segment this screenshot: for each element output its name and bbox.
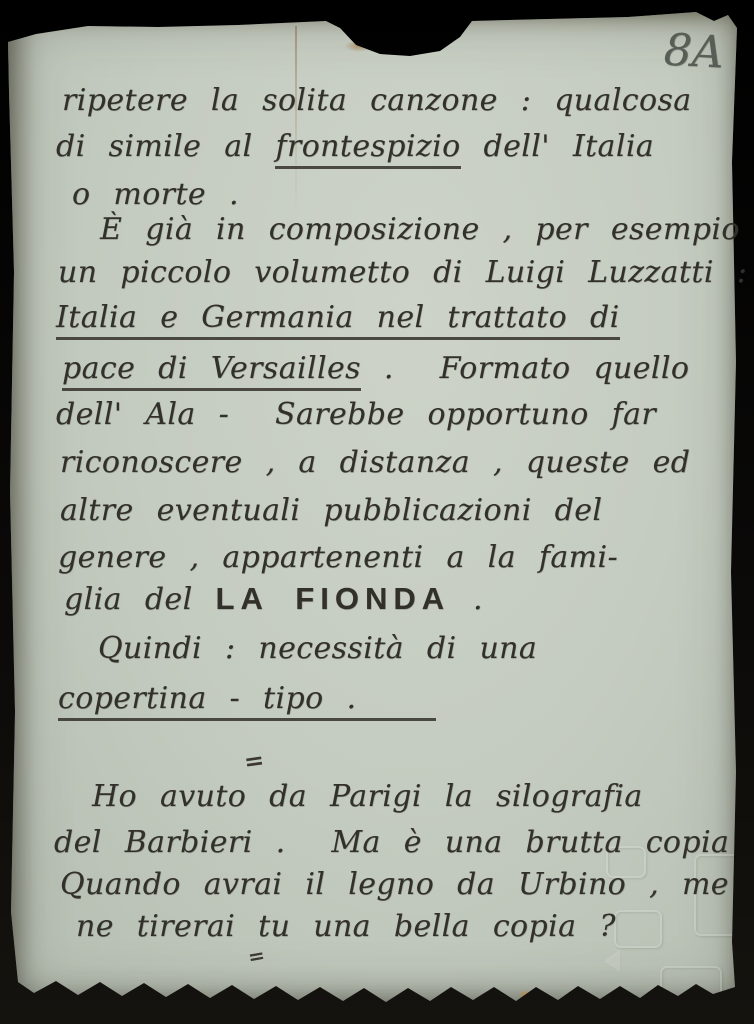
manuscript-line: Quindi : necessità di una bbox=[98, 630, 537, 668]
underlined-phrase: copertina - tipo . bbox=[58, 681, 436, 721]
rust-stain bbox=[344, 40, 374, 52]
handwritten-text: altre eventuali pubblicazioni del bbox=[60, 493, 602, 528]
handwritten-text: di simile al bbox=[56, 129, 275, 164]
la-fionda-block-caps: LA FIONDA bbox=[216, 581, 451, 616]
handwritten-text: un piccolo volumetto di Luigi Luzzatti : bbox=[58, 255, 747, 290]
manuscript-line: Italia e Germania nel trattato di bbox=[56, 299, 620, 337]
rust-stain bbox=[518, 990, 534, 999]
handwritten-text: . bbox=[450, 582, 483, 617]
handwritten-text: È già in composizione , per esempio , bbox=[100, 212, 754, 247]
handwritten-text: ripetere la solita canzone : qualcosa bbox=[62, 83, 692, 118]
manuscript-line: ripetere la solita canzone : qualcosa bbox=[62, 82, 692, 120]
manuscript-line: altre eventuali pubblicazioni del bbox=[60, 492, 602, 530]
manuscript-line: pace di Versailles . Formato quello bbox=[62, 350, 689, 388]
insertion-mark: = bbox=[242, 745, 267, 777]
manuscript-line: È già in composizione , per esempio , bbox=[100, 211, 754, 249]
scan-background: 8A ripetere la solita canzone : qualcosa… bbox=[0, 0, 754, 1024]
emboss-triangle-stamp bbox=[604, 950, 620, 972]
manuscript-line: di simile al frontespizio dell' Italia bbox=[56, 128, 654, 166]
handwritten-text: glia del bbox=[64, 582, 216, 617]
handwritten-text: Quando avrai il legno da Urbino , me bbox=[60, 867, 729, 902]
handwritten-text: dell' Ala - Sarebbe opportuno far bbox=[56, 397, 656, 432]
manuscript-line: del Barbieri . Ma è una brutta copia . bbox=[54, 824, 754, 862]
manuscript-line: dell' Ala - Sarebbe opportuno far bbox=[56, 396, 656, 434]
manuscript-line: Ho avuto da Parigi la silografia bbox=[92, 778, 643, 816]
handwritten-text: Ho avuto da Parigi la silografia bbox=[92, 779, 643, 814]
emboss-stamp bbox=[660, 966, 722, 1000]
handwritten-text: dell' Italia bbox=[461, 129, 655, 164]
manuscript-line: glia del LA FIONDA . bbox=[64, 580, 483, 619]
handwritten-text: o morte . bbox=[72, 177, 239, 212]
handwritten-text: . Formato quello bbox=[361, 351, 689, 386]
emboss-stamp bbox=[614, 910, 662, 948]
handwritten-text: Quindi : necessità di una bbox=[98, 631, 537, 666]
underlined-title: pace di Versailles bbox=[62, 351, 361, 391]
handwritten-text: riconoscere , a distanza , queste ed bbox=[60, 445, 690, 480]
page-number-label: 8A bbox=[663, 24, 725, 78]
manuscript-line: riconoscere , a distanza , queste ed bbox=[60, 444, 690, 482]
manuscript-line: Quando avrai il legno da Urbino , me bbox=[60, 866, 729, 904]
underlined-title: nel trattato di bbox=[377, 300, 620, 340]
manuscript-line: genere , appartenenti a la fami- bbox=[58, 539, 618, 577]
manuscript-line: copertina - tipo . bbox=[58, 680, 436, 718]
handwritten-text: ne tirerai tu una bella copia ? bbox=[76, 909, 616, 944]
underlined-title: Italia e Germania bbox=[56, 300, 377, 340]
manuscript-line: ne tirerai tu una bella copia ? bbox=[76, 908, 616, 946]
handwritten-text: genere , appartenenti a la fami- bbox=[58, 540, 618, 575]
manuscript-line: un piccolo volumetto di Luigi Luzzatti : bbox=[58, 254, 747, 292]
handwritten-text: del Barbieri . Ma è una brutta copia . bbox=[54, 825, 754, 860]
underlined-word: frontespizio bbox=[275, 129, 460, 169]
manuscript-line: o morte . bbox=[72, 176, 239, 214]
fold-crease bbox=[295, 26, 297, 216]
